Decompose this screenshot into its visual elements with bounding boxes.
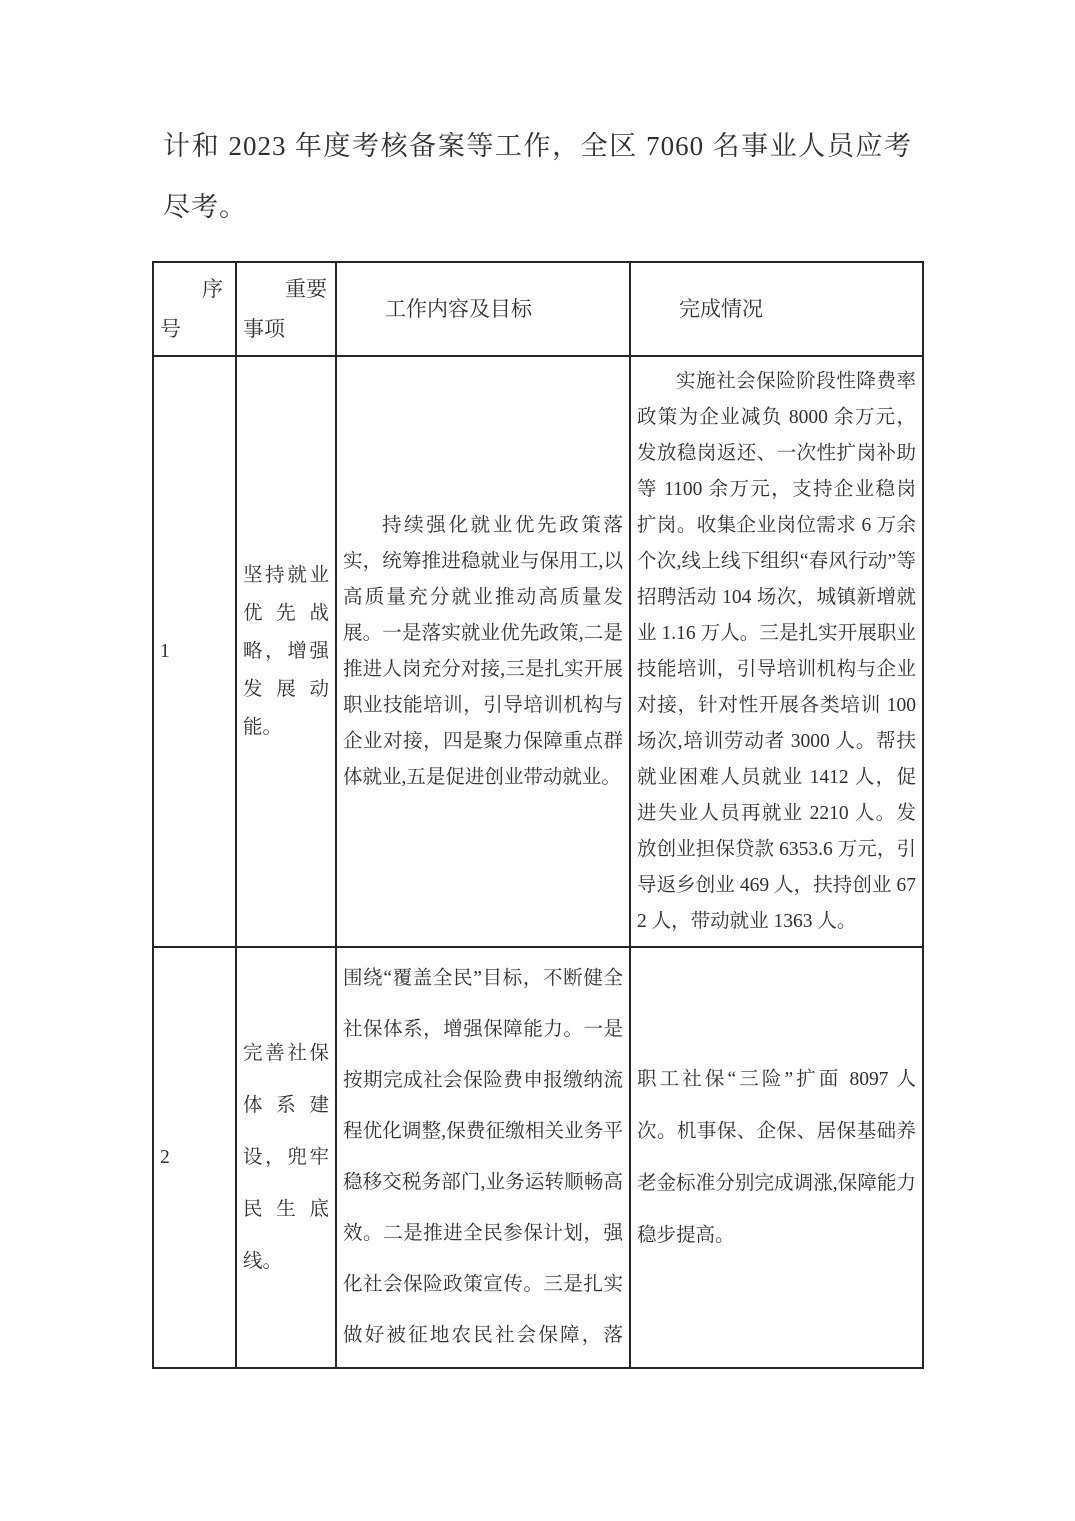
completion-cell: 职工社保“三险”扩面 8097 人次。机事保、企保、居保基础养老金标准分别完成调… xyxy=(630,947,923,1368)
table-header-row: 序号 重要事项 工作内容及目标 完成情况 xyxy=(153,262,923,356)
work-content-cell: 围绕“覆盖全民”目标，不断健全社保体系，增强保障能力。一是按期完成社会保险费申报… xyxy=(336,947,630,1368)
work-content-text: 围绕“覆盖全民”目标，不断健全社保体系，增强保障能力。一是按期完成社会保险费申报… xyxy=(343,953,623,1362)
table-row: 1 坚持就业优先战略，增强发展动能。 持续强化就业优先政策落实，统筹推进稳就业与… xyxy=(153,356,923,947)
document-page: 计和 2023 年度考核备案等工作，全区 7060 名事业人员应考尽考。 序号 … xyxy=(0,0,1075,1521)
header-no: 序号 xyxy=(153,262,236,356)
work-content-text: 持续强化就业优先政策落实，统筹推进稳就业与保用工,以高质量充分就业推动高质量发展… xyxy=(343,508,623,796)
table-row: 2 完善社保体系建设，兜牢民生底线。 围绕“覆盖全民”目标，不断健全社保体系，增… xyxy=(153,947,923,1368)
header-important-item: 重要事项 xyxy=(236,262,336,356)
completion-cell: 实施社会保险阶段性降费率政策为企业减负 8000 余万元，发放稳岗返还、一次性扩… xyxy=(630,356,923,947)
important-item-cell: 完善社保体系建设，兜牢民生底线。 xyxy=(236,947,336,1368)
header-completion: 完成情况 xyxy=(630,262,923,356)
work-report-table: 序号 重要事项 工作内容及目标 完成情况 1 坚持就业优先战略，增强发展动能。 … xyxy=(152,261,924,1369)
completion-text: 实施社会保险阶段性降费率政策为企业减负 8000 余万元，发放稳岗返还、一次性扩… xyxy=(637,364,916,940)
intro-paragraph: 计和 2023 年度考核备案等工作，全区 7060 名事业人员应考尽考。 xyxy=(163,0,912,238)
important-item-cell: 坚持就业优先战略，增强发展动能。 xyxy=(236,356,336,947)
row-number-cell: 1 xyxy=(153,356,236,947)
work-content-cell: 持续强化就业优先政策落实，统筹推进稳就业与保用工,以高质量充分就业推动高质量发展… xyxy=(336,356,630,947)
row-number-cell: 2 xyxy=(153,947,236,1368)
completion-text: 职工社保“三险”扩面 8097 人次。机事保、企保、居保基础养老金标准分别完成调… xyxy=(637,1054,916,1262)
header-work-content: 工作内容及目标 xyxy=(336,262,630,356)
